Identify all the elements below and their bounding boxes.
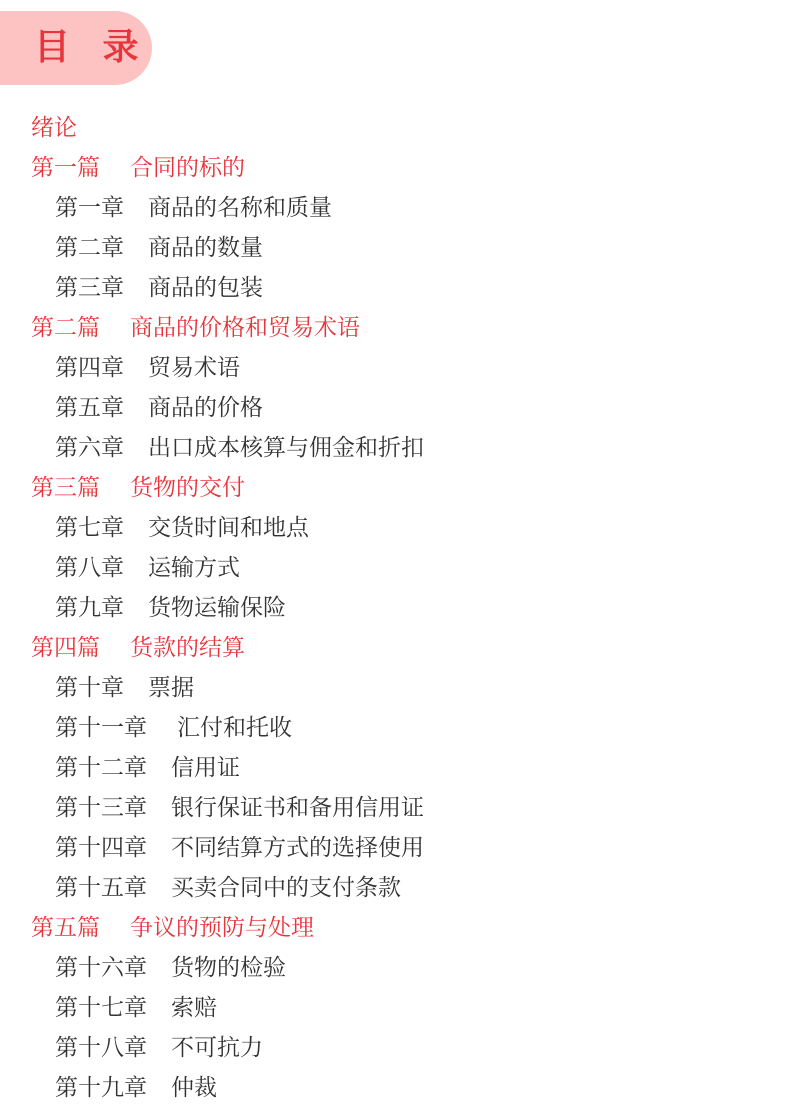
part-number: 第四篇 bbox=[31, 628, 100, 668]
toc-chapter[interactable]: 第四章贸易术语 bbox=[0, 348, 790, 388]
part-title: 合同的标的 bbox=[130, 155, 245, 181]
chapter-number: 第十五章 bbox=[55, 868, 147, 908]
chapter-title: 运输方式 bbox=[148, 555, 240, 581]
toc-part[interactable]: 第一篇合同的标的 bbox=[0, 148, 790, 188]
chapter-number: 第八章 bbox=[55, 548, 124, 588]
toc-chapter[interactable]: 第六章出口成本核算与佣金和折扣 bbox=[0, 428, 790, 468]
chapter-title: 商品的名称和质量 bbox=[148, 195, 332, 221]
toc-chapter[interactable]: 第十八章不可抗力 bbox=[0, 1028, 790, 1068]
chapter-number: 第三章 bbox=[55, 268, 124, 308]
chapter-number: 第十六章 bbox=[55, 948, 147, 988]
toc-chapter[interactable]: 第七章交货时间和地点 bbox=[0, 508, 790, 548]
toc-chapter[interactable]: 第十二章信用证 bbox=[0, 748, 790, 788]
toc-chapter[interactable]: 第五章商品的价格 bbox=[0, 388, 790, 428]
chapter-number: 第一章 bbox=[55, 188, 124, 228]
table-of-contents: 绪论 第一篇合同的标的 第一章商品的名称和质量 第二章商品的数量 第三章商品的包… bbox=[0, 108, 790, 1106]
chapter-title: 索赔 bbox=[171, 995, 217, 1021]
toc-chapter[interactable]: 第一章商品的名称和质量 bbox=[0, 188, 790, 228]
chapter-number: 第十八章 bbox=[55, 1028, 147, 1068]
toc-title: 目 录 bbox=[34, 25, 149, 71]
chapter-number: 第七章 bbox=[55, 508, 124, 548]
chapter-title: 货物的检验 bbox=[171, 955, 286, 981]
part-title: 绪论 bbox=[31, 115, 77, 141]
chapter-number: 第四章 bbox=[55, 348, 124, 388]
toc-chapter[interactable]: 第十一章汇付和托收 bbox=[0, 708, 790, 748]
chapter-title: 商品的价格 bbox=[148, 395, 263, 421]
chapter-number: 第十七章 bbox=[55, 988, 147, 1028]
chapter-title: 交货时间和地点 bbox=[148, 515, 309, 541]
chapter-number: 第十一章 bbox=[55, 708, 147, 748]
toc-chapter[interactable]: 第十章票据 bbox=[0, 668, 790, 708]
part-number: 第一篇 bbox=[31, 148, 100, 188]
toc-header-badge: 目 录 bbox=[0, 11, 152, 85]
chapter-title: 汇付和托收 bbox=[177, 715, 292, 741]
part-title: 争议的预防与处理 bbox=[130, 915, 314, 941]
chapter-title: 商品的数量 bbox=[148, 235, 263, 261]
chapter-title: 商品的包装 bbox=[148, 275, 263, 301]
toc-chapter[interactable]: 第十七章索赔 bbox=[0, 988, 790, 1028]
chapter-number: 第六章 bbox=[55, 428, 124, 468]
chapter-title: 不可抗力 bbox=[171, 1035, 263, 1061]
toc-part[interactable]: 第三篇货物的交付 bbox=[0, 468, 790, 508]
toc-chapter[interactable]: 第三章商品的包装 bbox=[0, 268, 790, 308]
chapter-number: 第九章 bbox=[55, 588, 124, 628]
chapter-number: 第十三章 bbox=[55, 788, 147, 828]
chapter-number: 第十二章 bbox=[55, 748, 147, 788]
toc-chapter[interactable]: 第十九章仲裁 bbox=[0, 1068, 790, 1106]
toc-chapter[interactable]: 第八章运输方式 bbox=[0, 548, 790, 588]
chapter-title: 买卖合同中的支付条款 bbox=[171, 875, 401, 901]
chapter-title: 信用证 bbox=[171, 755, 240, 781]
toc-chapter[interactable]: 第九章货物运输保险 bbox=[0, 588, 790, 628]
chapter-number: 第十九章 bbox=[55, 1068, 147, 1106]
chapter-number: 第十章 bbox=[55, 668, 124, 708]
chapter-number: 第二章 bbox=[55, 228, 124, 268]
part-number: 第二篇 bbox=[31, 308, 100, 348]
chapter-title: 贸易术语 bbox=[148, 355, 240, 381]
toc-part[interactable]: 第四篇货款的结算 bbox=[0, 628, 790, 668]
chapter-title: 票据 bbox=[148, 675, 194, 701]
chapter-title: 银行保证书和备用信用证 bbox=[171, 795, 424, 821]
part-number: 第三篇 bbox=[31, 468, 100, 508]
toc-chapter[interactable]: 第十三章银行保证书和备用信用证 bbox=[0, 788, 790, 828]
toc-chapter[interactable]: 第二章商品的数量 bbox=[0, 228, 790, 268]
chapter-title: 不同结算方式的选择使用 bbox=[171, 835, 424, 861]
toc-chapter[interactable]: 第十六章货物的检验 bbox=[0, 948, 790, 988]
part-title: 货物的交付 bbox=[130, 475, 245, 501]
toc-part[interactable]: 第二篇商品的价格和贸易术语 bbox=[0, 308, 790, 348]
chapter-title: 仲裁 bbox=[171, 1075, 217, 1101]
toc-chapter[interactable]: 第十四章不同结算方式的选择使用 bbox=[0, 828, 790, 868]
toc-part-intro[interactable]: 绪论 bbox=[0, 108, 790, 148]
part-title: 商品的价格和贸易术语 bbox=[130, 315, 360, 341]
chapter-title: 货物运输保险 bbox=[148, 595, 286, 621]
part-title: 货款的结算 bbox=[130, 635, 245, 661]
chapter-number: 第五章 bbox=[55, 388, 124, 428]
chapter-number: 第十四章 bbox=[55, 828, 147, 868]
part-number: 第五篇 bbox=[31, 908, 100, 948]
chapter-title: 出口成本核算与佣金和折扣 bbox=[148, 435, 424, 461]
toc-chapter[interactable]: 第十五章买卖合同中的支付条款 bbox=[0, 868, 790, 908]
toc-part[interactable]: 第五篇争议的预防与处理 bbox=[0, 908, 790, 948]
